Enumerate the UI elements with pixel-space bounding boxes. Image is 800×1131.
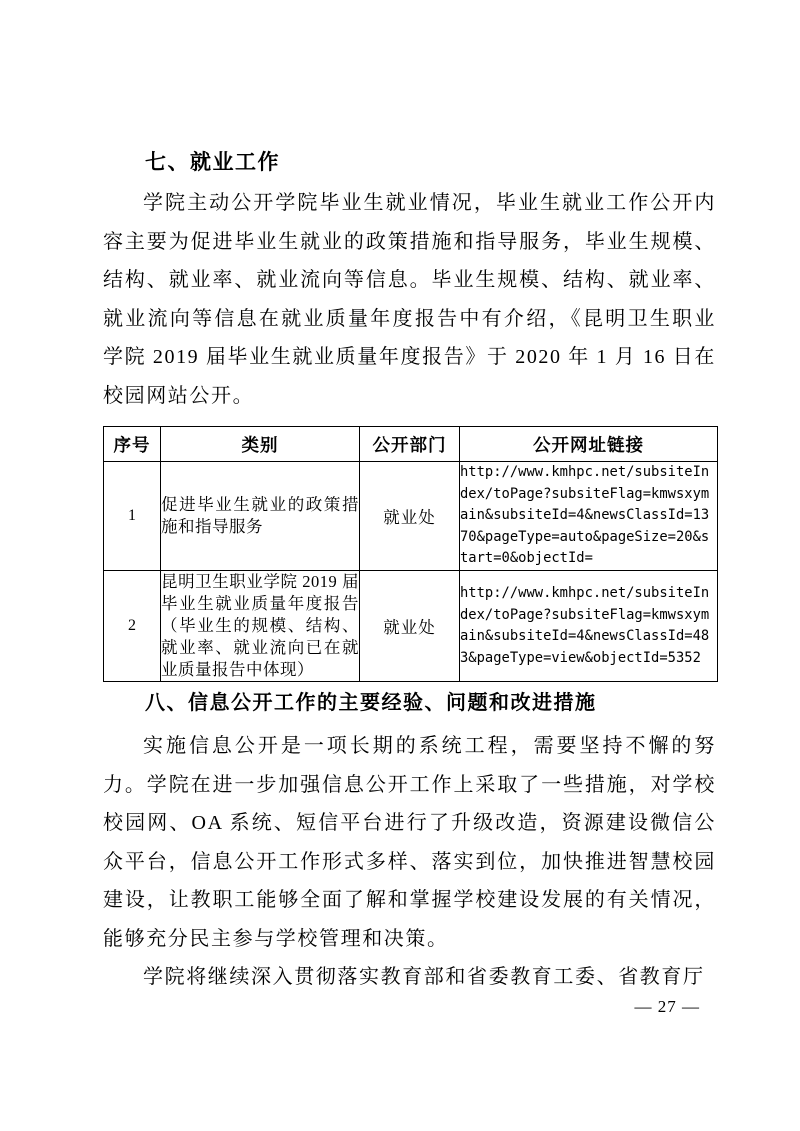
table-header-row: 序号 类别 公开部门 公开网址链接 — [104, 427, 718, 462]
row-url: http://www.kmhpc.net/subsiteIndex/toPage… — [460, 571, 718, 682]
row-department: 就业处 — [360, 462, 460, 571]
row-category: 昆明卫生职业学院 2019 届毕业生就业质量年度报告（毕业生的规模、结构、就业率… — [161, 571, 360, 682]
row-url: http://www.kmhpc.net/subsiteIndex/toPage… — [460, 462, 718, 571]
row-index: 1 — [104, 462, 161, 571]
section-heading-experience: 八、信息公开工作的主要经验、问题和改进措施 — [103, 690, 716, 716]
employment-paragraph: 学院主动公开学院毕业生就业情况，毕业生就业工作公开内容主要为促进毕业生就业的政策… — [103, 184, 716, 415]
section-heading-employment: 七、就业工作 — [103, 150, 716, 176]
row-category: 促进毕业生就业的政策措施和指导服务 — [161, 462, 360, 571]
row-index: 2 — [104, 571, 161, 682]
table-row: 2 昆明卫生职业学院 2019 届毕业生就业质量年度报告（毕业生的规模、结构、就… — [104, 571, 718, 682]
col-header-index: 序号 — [104, 427, 161, 462]
experience-paragraph-1: 实施信息公开是一项长期的系统工程，需要坚持不懈的努力。学院在进一步加强信息公开工… — [103, 727, 716, 958]
col-header-url: 公开网址链接 — [460, 427, 718, 462]
page-content: 七、就业工作 学院主动公开学院毕业生就业情况，毕业生就业工作公开内容主要为促进毕… — [103, 0, 716, 997]
row-department: 就业处 — [360, 571, 460, 682]
document-page: { "sections": { "employment": { "heading… — [0, 0, 800, 1131]
experience-paragraphs: 实施信息公开是一项长期的系统工程，需要坚持不懈的努力。学院在进一步加强信息公开工… — [103, 727, 716, 997]
page-number: — 27 — — [635, 997, 701, 1017]
col-header-category: 类别 — [161, 427, 360, 462]
experience-paragraph-2: 学院将继续深入贯彻落实教育部和省委教育工委、省教育厅 — [103, 958, 716, 997]
table-row: 1 促进毕业生就业的政策措施和指导服务 就业处 http://www.kmhpc… — [104, 462, 718, 571]
col-header-department: 公开部门 — [360, 427, 460, 462]
disclosure-table: 序号 类别 公开部门 公开网址链接 1 促进毕业生就业的政策措施和指导服务 就业… — [103, 426, 718, 682]
